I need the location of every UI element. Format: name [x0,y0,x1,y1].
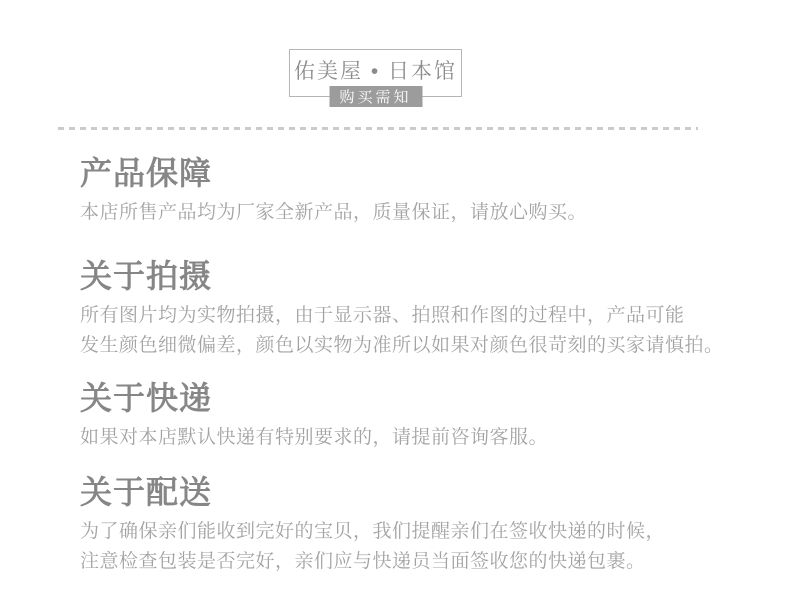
dashed-divider [58,127,698,130]
section-body-line: 为了确保亲们能收到完好的宝贝，我们提醒亲们在签收快递的时候， [80,517,665,547]
section-title: 关于快递 [80,381,548,415]
section-title: 关于拍摄 [80,259,724,293]
section-product-guarantee: 产品保障 本店所售产品均为厂家全新产品，质量保证，请放心购买。 [80,156,587,228]
section-body-line: 如果对本店默认快递有特别要求的，请提前咨询客服。 [80,423,548,453]
section-body-line: 注意检查包装是否完好，亲们应与快递员当面签收您的快递包裹。 [80,547,665,577]
brand-box: 佑美屋 • 日本馆 购买需知 [289,49,462,97]
section-body-line: 所有图片均为实物拍摄，由于显示器、拍照和作图的过程中，产品可能 [80,301,724,331]
section-about-express: 关于快递 如果对本店默认快递有特别要求的，请提前咨询客服。 [80,381,548,453]
section-body-line: 发生颜色细微偏差，颜色以实物为准所以如果对颜色很苛刻的买家请慎拍。 [80,331,724,361]
section-body-line: 本店所售产品均为厂家全新产品，质量保证，请放心购买。 [80,198,587,228]
section-about-photography: 关于拍摄 所有图片均为实物拍摄，由于显示器、拍照和作图的过程中，产品可能 发生颜… [80,259,724,361]
section-title: 关于配送 [80,475,665,509]
purchase-notice-badge: 购买需知 [329,86,422,107]
section-about-delivery: 关于配送 为了确保亲们能收到完好的宝贝，我们提醒亲们在签收快递的时候， 注意检查… [80,475,665,577]
section-title: 产品保障 [80,156,587,190]
